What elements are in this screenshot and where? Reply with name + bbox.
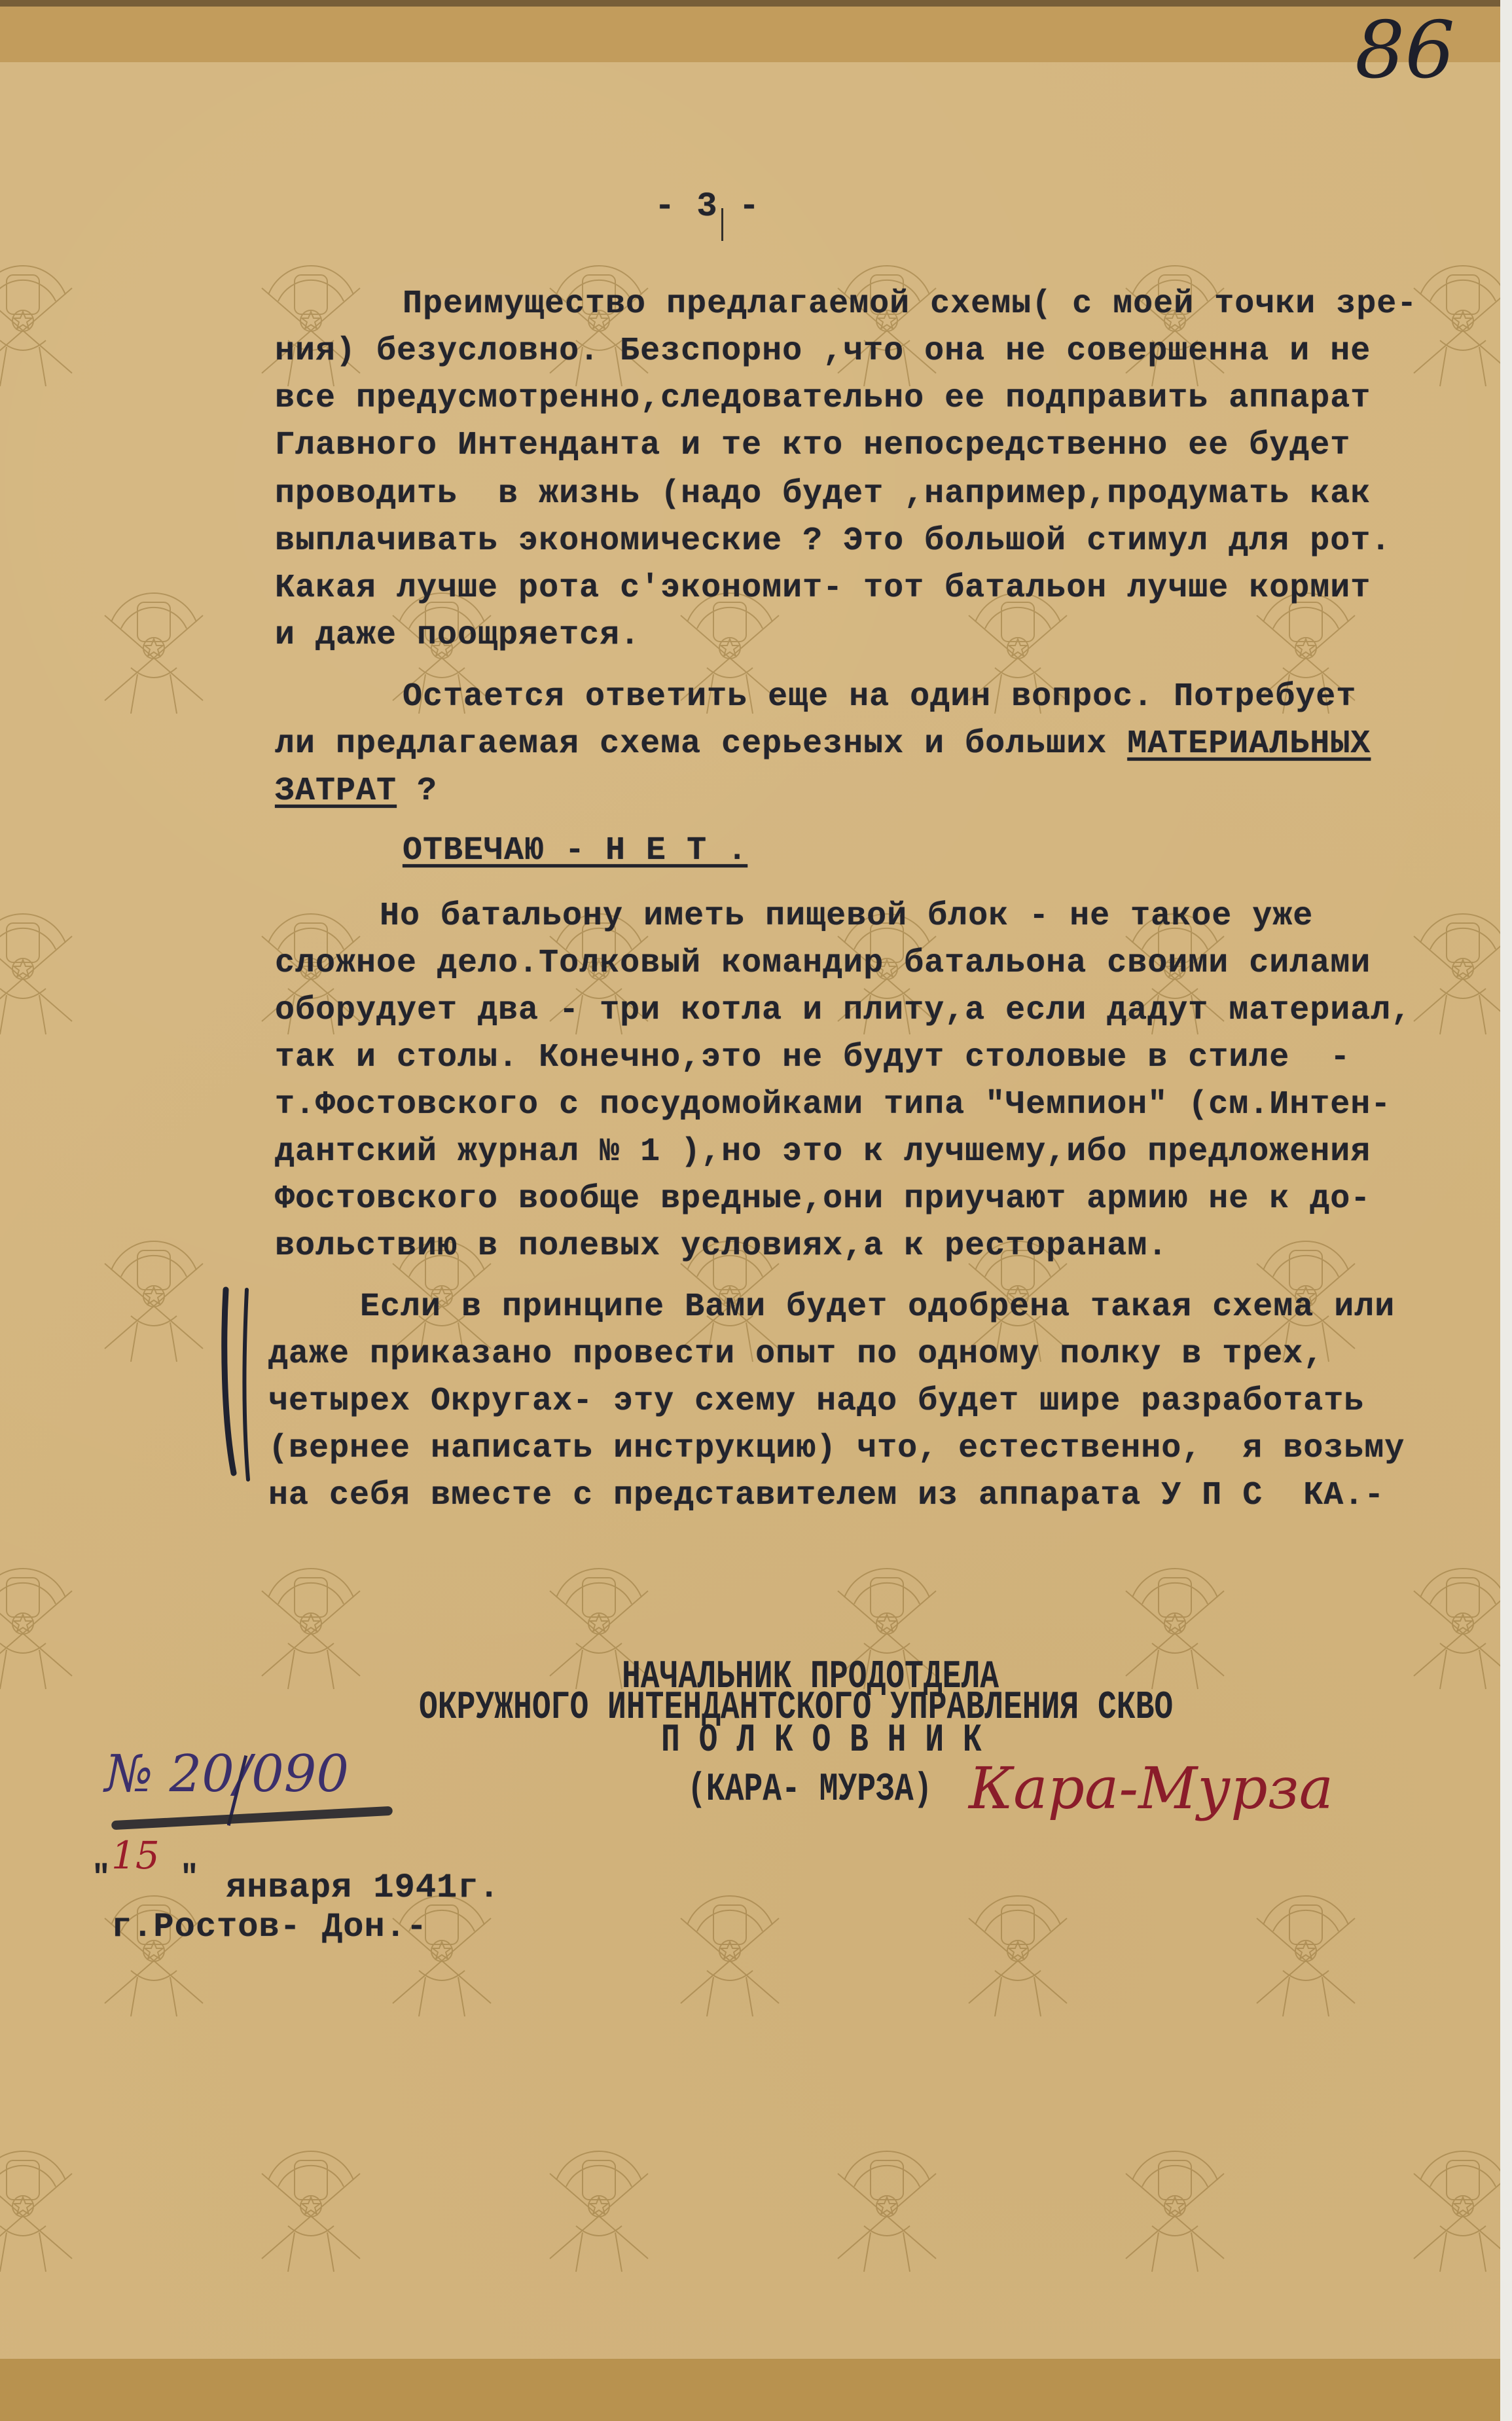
text-line: дантский журнал № 1 ),но это к лучшему,и… — [275, 1136, 1371, 1169]
underlined-phrase: МАТЕРИАЛЬНЫХ — [1127, 725, 1371, 763]
paragraph-1: Преимущество предлагаемой схемы( с моей … — [275, 288, 356, 615]
city-line: г.Ростов- Дон.- — [111, 1910, 427, 1944]
torn-top-edge — [0, 0, 1500, 7]
document-page: 86 - 3 - Преимущество предлагаемой схемы… — [0, 0, 1500, 2421]
watermark-emblem-icon — [825, 2134, 949, 2285]
text-line: Преимущество предлагаемой схемы( с моей … — [403, 288, 1417, 321]
watermark-emblem-icon — [1113, 249, 1237, 399]
text-line: Если в принципе Вами будет одобрена така… — [360, 1291, 1395, 1324]
text-line: вольствию в полевых условиях,а к рестора… — [275, 1230, 1168, 1263]
paragraph-3: Но батальону иметь пищевой блок - не так… — [275, 900, 356, 1228]
watermark-emblem-icon — [0, 249, 85, 399]
watermark-emblem-icon — [249, 1552, 373, 1702]
underlined-phrase: ЗАТРАТ — [275, 773, 397, 810]
text-line: сложное дело.Толковый командир батальона… — [275, 947, 1371, 980]
watermark-emblem-icon — [1401, 897, 1500, 1047]
answer-line: ОТВЕЧАЮ - Н Е Т . — [403, 835, 747, 867]
text-line: Главного Интенданта и те кто непосредств… — [275, 429, 1350, 462]
watermark-emblem-icon — [537, 2134, 661, 2285]
watermark-emblem-icon — [1401, 249, 1500, 399]
text-line: ния) безусловно. Безспорно ,что она не с… — [275, 335, 1371, 368]
pencil-tick-mark — [721, 208, 723, 241]
watermark-emblem-icon — [249, 2134, 373, 2285]
text-line: проводить в жизнь (надо будет ,например,… — [275, 478, 1371, 511]
text-line: Остается ответить еще на один вопрос. По… — [403, 681, 1356, 714]
watermark-emblem-icon — [92, 576, 216, 727]
scan-right-edge — [1500, 0, 1512, 2421]
reference-underline-stroke — [111, 1806, 393, 1830]
signatory-name: (КАРА- МУРЗА) — [687, 1768, 932, 1812]
watermark-emblem-icon — [92, 1879, 216, 2030]
text-line: (вернее написать инструкцию) что, естест… — [268, 1432, 1405, 1465]
text-line: так и столы. Конечно,это не будут столов… — [275, 1042, 1350, 1074]
text-line: т.Фостовского с посудомойками типа "Чемп… — [275, 1089, 1391, 1121]
watermark-emblem-icon — [956, 1879, 1080, 2030]
date-quote-close: " — [180, 1863, 200, 1894]
handwritten-signature: Кара-Мурза — [969, 1755, 1333, 1822]
watermark-emblem-icon — [1401, 2134, 1500, 2285]
text-line: на себя вместе с представителем из аппар… — [268, 1480, 1384, 1512]
text-line: ЗАТРАТ ? — [275, 775, 437, 808]
date-month-year: января 1941г. — [226, 1871, 500, 1905]
text-line: и даже поощряется. — [275, 619, 640, 652]
watermark-emblem-icon — [0, 897, 85, 1047]
text-segment: ? — [397, 773, 437, 810]
watermark-emblem-icon — [1113, 1552, 1237, 1702]
text-line: даже приказано провести опыт по одному п… — [268, 1338, 1323, 1371]
paragraph-4: Если в принципе Вами будет одобрена така… — [268, 1291, 350, 1520]
margin-double-line-mark — [219, 1286, 259, 1483]
text-line: ли предлагаемая схема серьезных и больши… — [275, 728, 1371, 761]
signatory-rank: П О Л К О В Н И К — [661, 1719, 982, 1763]
watermark-emblem-icon — [1244, 1879, 1368, 2030]
reference-number: № 20/090 — [105, 1745, 349, 1804]
watermark-emblem-icon — [1401, 1552, 1500, 1702]
watermark-emblem-icon — [668, 1879, 792, 2030]
text-line: четырех Округах- эту схему надо будет ши… — [268, 1385, 1364, 1418]
watermark-emblem-icon — [0, 2134, 85, 2285]
page-number: - 3 - — [655, 190, 760, 224]
text-line: Но батальону иметь пищевой блок - не так… — [380, 900, 1313, 933]
date-day: 15 — [111, 1833, 160, 1878]
folio-number: 86 — [1355, 5, 1455, 96]
paragraph-2: Остается ответить еще на один вопрос. По… — [275, 681, 356, 845]
bottom-shadow-band — [0, 2359, 1500, 2421]
watermark-emblem-icon — [537, 249, 661, 399]
text-line: все предусмотренно,следовательно ее подп… — [275, 382, 1371, 415]
text-line: Фостовского вообще вредные,они приучают … — [275, 1183, 1371, 1216]
text-segment: ли предлагаемая схема серьезных и больши… — [275, 725, 1127, 763]
watermark-emblem-icon — [0, 1552, 85, 1702]
text-line: оборудует два - три котла и плиту,а если… — [275, 994, 1411, 1027]
date-quote-open: " — [92, 1863, 111, 1894]
text-line: выплачивать экономические ? Это большой … — [275, 525, 1391, 558]
text-line: Какая лучше рота с'экономит- тот батальо… — [275, 572, 1371, 605]
watermark-emblem-icon — [1113, 2134, 1237, 2285]
watermark-emblem-icon — [825, 249, 949, 399]
watermark-emblem-icon — [92, 1224, 216, 1375]
top-shadow-band — [0, 0, 1500, 62]
